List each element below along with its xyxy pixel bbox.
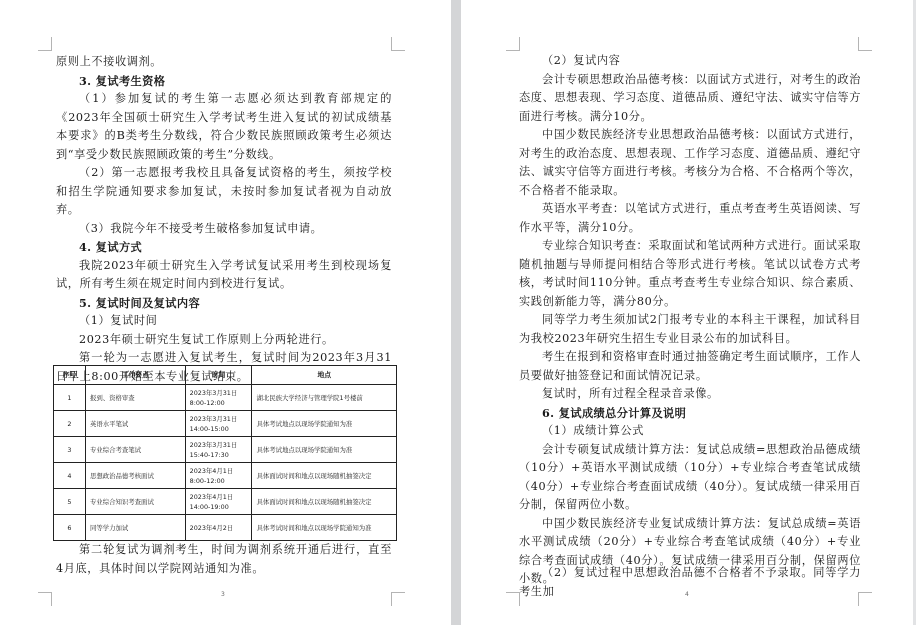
table-cell-time: 2023年4月1日 8:00-12:00 — [185, 463, 252, 489]
table-cell-task: 专业综合考查笔试 — [85, 437, 185, 463]
table-row: 3 专业综合考查笔试 2023年3月31日 15:40-17:30 具体考试地点… — [54, 437, 397, 463]
table-cell-time: 2023年3月31日 14:00-15:00 — [185, 411, 252, 437]
table-row: 1 报到、资格审查 2023年3月31日 8:00-12:00 湖北民族大学经济… — [54, 385, 397, 411]
paragraph: 第二轮复试为调剂考生，时间为调剂系统开通后进行，直至4月底，具体时间以学院网站通… — [56, 541, 392, 578]
table-cell-location: 具体考试地点以现场学院通知为准 — [252, 411, 397, 437]
table-row: 5 专业综合知识考查面试 2023年4月1日 14:00-19:00 具体面试时… — [54, 489, 397, 515]
section-heading: 5. 复试时间及复试内容 — [56, 294, 392, 313]
table-cell-location: 具体面试时间和地点以现场随机抽签决定 — [252, 489, 397, 515]
paragraph: 考生在报到和资格审查时通过抽签确定考生面试顺序，工作人员要做好抽签登记和面试情况… — [519, 348, 861, 385]
paragraph: 复试时，所有过程全程录音录像。 — [519, 385, 861, 404]
paragraph: （1）复试时间 — [56, 312, 392, 331]
table-cell-location: 具体考试地点以现场学院通知为准 — [252, 437, 397, 463]
margin-corner-mark — [506, 592, 520, 606]
page-4-body[interactable]: （2）复试内容 会计专硕思想政治品德考核：以面试方式进行，对考生的政治态度、思想… — [519, 52, 861, 589]
table-cell-time: 2023年3月31日 15:40-17:30 — [185, 437, 252, 463]
paragraph: 我院2023年硕士研究生入学考试复试采用考生到校现场复试，所有考生须在规定时间内… — [56, 257, 392, 294]
table-header: 时间 — [185, 366, 252, 385]
table-cell-time: 2023年4月2日 — [185, 515, 252, 541]
page-number: 4 — [685, 591, 689, 598]
margin-corner-mark — [391, 592, 405, 606]
section-heading: 3. 复试考生资格 — [56, 72, 392, 91]
page-4-bottom[interactable]: （2）复试过程中思想政治品德不合格者不予录取。同等学力考生加 — [519, 564, 861, 601]
page-3[interactable]: 原则上不接收调剂。 3. 复试考生资格 （1）参加复试的考生第一志愿必须达到教育… — [0, 0, 451, 625]
paragraph: 同等学力考生须加试2门报考专业的本科主干课程，加试科目为我校2023年研究生招生… — [519, 311, 861, 348]
paragraph: （2）复试内容 — [519, 52, 861, 71]
table-cell-index: 3 — [54, 437, 86, 463]
document-viewport[interactable]: 原则上不接收调剂。 3. 复试考生资格 （1）参加复试的考生第一志愿必须达到教育… — [0, 0, 916, 625]
paragraph: 专业综合知识考查：采取面试和笔试两种方式进行。面试采取随机抽题与导师提问相结合等… — [519, 237, 861, 311]
page-number: 3 — [221, 591, 225, 598]
table-cell-location: 湖北民族大学经济与管理学院1号楼前 — [252, 385, 397, 411]
section-heading: 6. 复试成绩总分计算及说明 — [519, 404, 861, 423]
table-cell-location: 具体考试时间和地点以现场学院通知为准 — [252, 515, 397, 541]
page-gap — [451, 0, 461, 625]
paragraph: 原则上不接收调剂。 — [56, 53, 392, 72]
page-3-after-table[interactable]: 第二轮复试为调剂考生，时间为调剂系统开通后进行，直至4月底，具体时间以学院网站通… — [56, 541, 392, 578]
table-cell-task: 英语水平笔试 — [85, 411, 185, 437]
table-header-row: 序号 工作要点 时间 地点 — [54, 366, 397, 385]
paragraph: （2）第一志愿报考我校且具备复试资格的考生，须按学校和招生学院通知要求参加复试，… — [56, 164, 392, 220]
table-cell-index: 4 — [54, 463, 86, 489]
table-cell-task: 报到、资格审查 — [85, 385, 185, 411]
page-4[interactable]: （2）复试内容 会计专硕思想政治品德考核：以面试方式进行，对考生的政治态度、思想… — [461, 0, 913, 625]
table-cell-index: 5 — [54, 489, 86, 515]
paragraph: 2023年硕士研究生复试工作原则上分两轮进行。 — [56, 331, 392, 350]
margin-corner-mark — [858, 37, 872, 51]
margin-corner-mark — [391, 37, 405, 51]
margin-corner-mark — [38, 37, 52, 51]
table-row: 6 同等学力加试 2023年4月2日 具体考试时间和地点以现场学院通知为准 — [54, 515, 397, 541]
table-row: 2 英语水平笔试 2023年3月31日 14:00-15:00 具体考试地点以现… — [54, 411, 397, 437]
margin-corner-mark — [858, 592, 872, 606]
paragraph: （2）复试过程中思想政治品德不合格者不予录取。同等学力考生加 — [519, 564, 861, 601]
paragraph: 会计专硕思想政治品德考核：以面试方式进行，对考生的政治态度、思想表现、学习态度、… — [519, 71, 861, 127]
table-cell-time: 2023年3月31日 8:00-12:00 — [185, 385, 252, 411]
paragraph: （3）我院今年不接受考生破格参加复试申请。 — [56, 220, 392, 239]
paragraph: 中国少数民族经济专业思想政治品德考核：以面试方式进行，对考生的政治态度、思想表现… — [519, 126, 861, 200]
table-header: 序号 — [54, 366, 86, 385]
page-3-body[interactable]: 原则上不接收调剂。 3. 复试考生资格 （1）参加复试的考生第一志愿必须达到教育… — [56, 53, 392, 386]
margin-corner-mark — [38, 592, 52, 606]
margin-corner-mark — [506, 37, 520, 51]
table-cell-location: 具体面试时间和地点以现场随机抽签决定 — [252, 463, 397, 489]
paragraph: （1）参加复试的考生第一志愿必须达到教育部规定的《2023年全国硕士研究生入学考… — [56, 90, 392, 164]
paragraph: （1）成绩计算公式 — [519, 422, 861, 441]
table-row: 4 思想政治品德考核面试 2023年4月1日 8:00-12:00 具体面试时间… — [54, 463, 397, 489]
table-cell-time: 2023年4月1日 14:00-19:00 — [185, 489, 252, 515]
table-cell-task: 思想政治品德考核面试 — [85, 463, 185, 489]
paragraph: 英语水平考查：以笔试方式进行，重点考查考生英语阅读、写作水平等，满分10分。 — [519, 200, 861, 237]
table-cell-index: 1 — [54, 385, 86, 411]
table-cell-task: 同等学力加试 — [85, 515, 185, 541]
table-cell-index: 2 — [54, 411, 86, 437]
section-heading: 4. 复试方式 — [56, 238, 392, 257]
table-header: 工作要点 — [85, 366, 185, 385]
table-header: 地点 — [252, 366, 397, 385]
paragraph: 会计专硕复试成绩计算方法：复试总成绩=思想政治品德成绩（10分）+英语水平测试成… — [519, 441, 861, 515]
table-cell-index: 6 — [54, 515, 86, 541]
schedule-table[interactable]: 序号 工作要点 时间 地点 1 报到、资格审查 2023年3月31日 8:00-… — [53, 365, 397, 541]
table-cell-task: 专业综合知识考查面试 — [85, 489, 185, 515]
